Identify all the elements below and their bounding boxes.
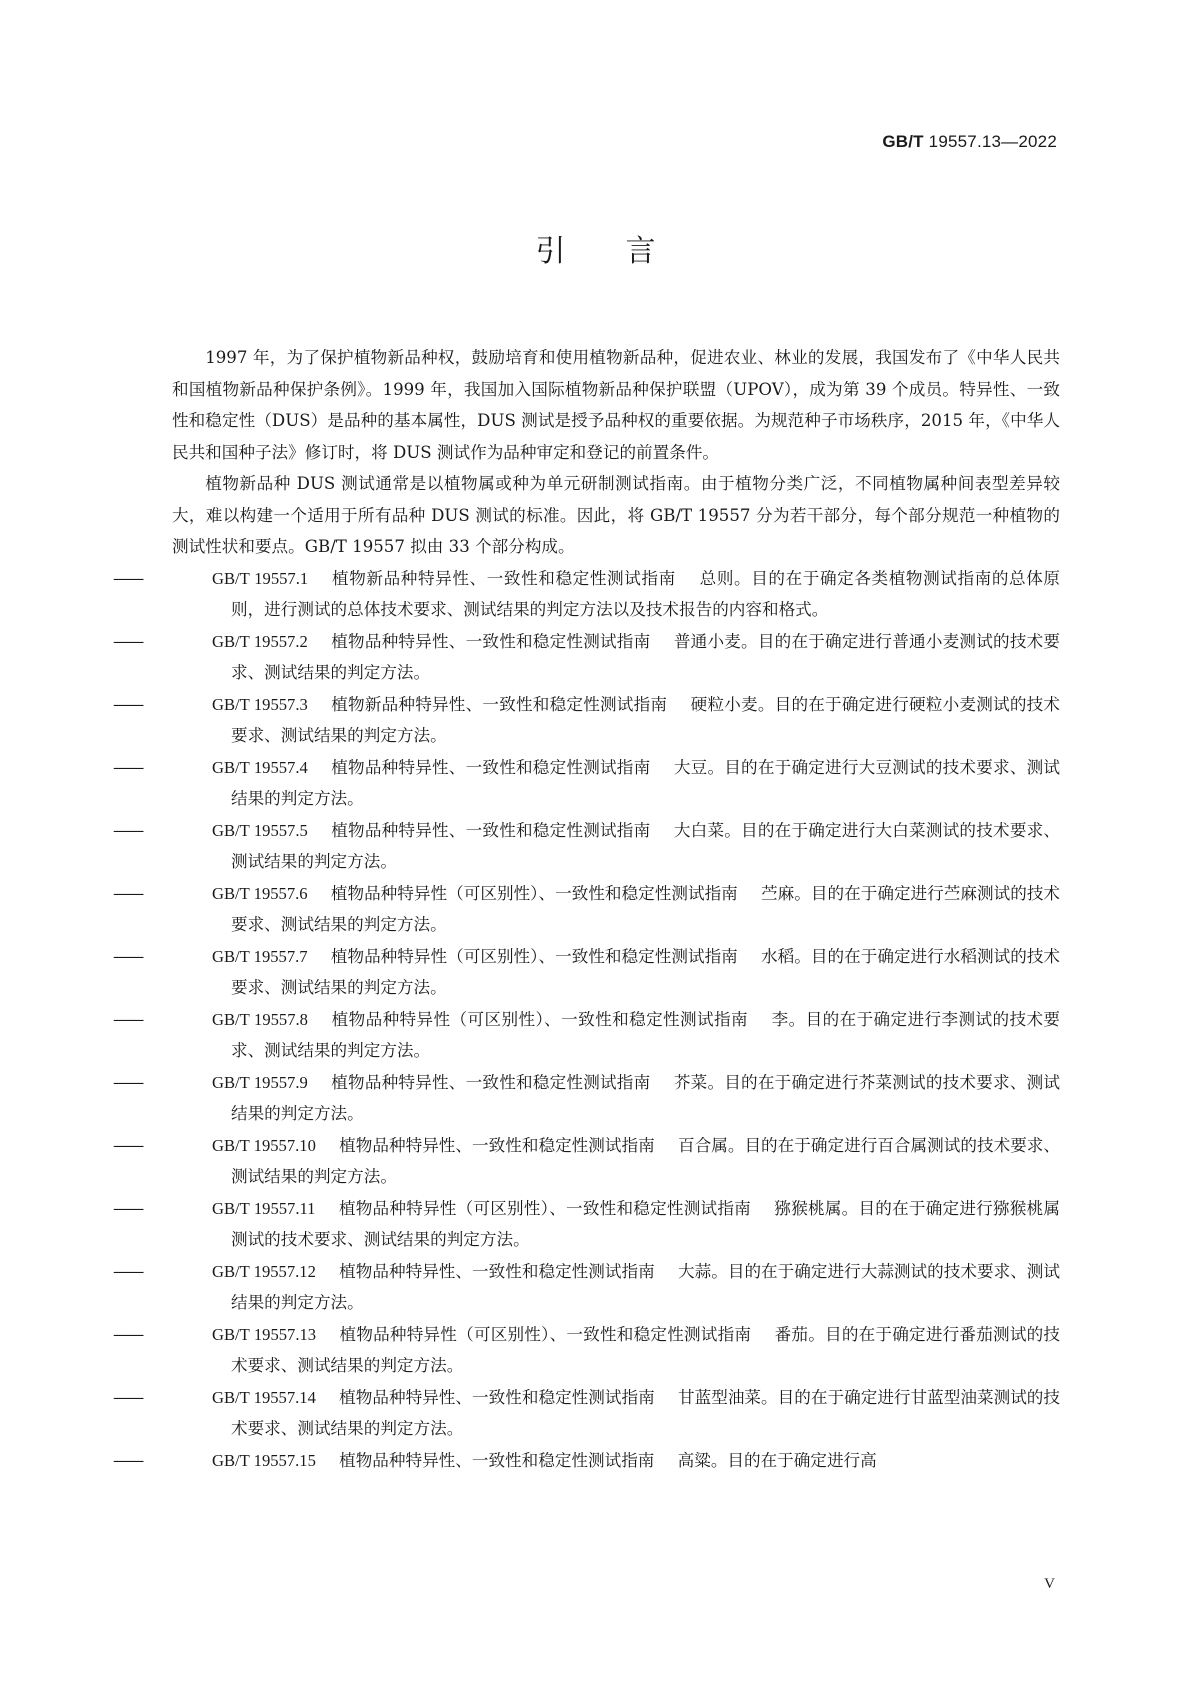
- part-crop: 百合属: [678, 1136, 728, 1155]
- dash-marker: ——: [172, 941, 212, 973]
- part-crop: 番茄: [774, 1325, 808, 1344]
- part-code: GB/T 19557.7: [212, 947, 308, 966]
- list-item: ——GB/T 19557.5植物品种特异性、一致性和稳定性测试指南大白菜。目的在…: [172, 815, 1060, 878]
- part-title: 植物新品种特异性、一致性和稳定性测试指南: [331, 695, 667, 714]
- list-item: ——GB/T 19557.6植物品种特异性（可区别性）、一致性和稳定性测试指南苎…: [172, 878, 1060, 941]
- part-code: GB/T 19557.15: [212, 1451, 316, 1470]
- part-title: 植物品种特异性、一致性和稳定性测试指南: [339, 1388, 655, 1407]
- dash-marker: ——: [172, 752, 212, 784]
- list-item: ——GB/T 19557.2植物品种特异性、一致性和稳定性测试指南普通小麦。目的…: [172, 626, 1060, 689]
- part-code: GB/T 19557.14: [212, 1388, 316, 1407]
- dash-marker: ——: [172, 815, 212, 847]
- part-code: GB/T 19557.2: [212, 632, 308, 651]
- part-code: GB/T 19557.11: [212, 1199, 315, 1218]
- dash-marker: ——: [172, 689, 212, 721]
- list-item: ——GB/T 19557.11植物品种特异性（可区别性）、一致性和稳定性测试指南…: [172, 1193, 1060, 1256]
- part-title: 植物品种特异性、一致性和稳定性测试指南: [339, 1451, 654, 1470]
- part-code: GB/T 19557.1: [212, 569, 308, 588]
- standard-number-header: GB/T 19557.13—2022: [882, 132, 1057, 152]
- dash-marker: ——: [172, 1193, 212, 1225]
- dash-marker: ——: [172, 626, 212, 658]
- dash-marker: ——: [172, 1319, 212, 1351]
- dash-marker: ——: [172, 563, 212, 595]
- list-item: ——GB/T 19557.8植物品种特异性（可区别性）、一致性和稳定性测试指南李…: [172, 1004, 1060, 1067]
- list-item: ——GB/T 19557.3植物新品种特异性、一致性和稳定性测试指南硬粒小麦。目…: [172, 689, 1060, 752]
- page-number: V: [1044, 1576, 1055, 1593]
- document-body: 1997 年，为了保护植物新品种权，鼓励培育和使用植物新品种，促进农业、林业的发…: [172, 342, 1060, 1476]
- part-code: GB/T 19557.6: [212, 884, 308, 903]
- dash-marker: ——: [172, 1256, 212, 1288]
- part-code: GB/T 19557.9: [212, 1073, 308, 1092]
- part-crop: 苎麻: [761, 884, 794, 903]
- dash-marker: ——: [172, 1445, 212, 1477]
- part-description: 。目的在于确定进行高: [711, 1451, 877, 1470]
- part-title: 植物品种特异性、一致性和稳定性测试指南: [331, 632, 650, 651]
- dash-marker: ——: [172, 1382, 212, 1414]
- part-title: 植物品种特异性（可区别性）、一致性和稳定性测试指南: [339, 1199, 751, 1218]
- part-code: GB/T 19557.13: [212, 1325, 316, 1344]
- part-code: GB/T 19557.4: [212, 758, 308, 777]
- standard-number: 19557.13—2022: [929, 132, 1057, 151]
- part-crop: 大豆: [674, 758, 708, 777]
- intro-paragraph-2: 植物新品种 DUS 测试通常是以植物属或种为单元研制测试指南。由于植物分类广泛，…: [172, 468, 1060, 563]
- list-item: ——GB/T 19557.12植物品种特异性、一致性和稳定性测试指南大蒜。目的在…: [172, 1256, 1060, 1319]
- part-title: 植物品种特异性、一致性和稳定性测试指南: [331, 758, 650, 777]
- part-title: 植物品种特异性、一致性和稳定性测试指南: [331, 821, 650, 840]
- part-code: GB/T 19557.12: [212, 1262, 316, 1281]
- standard-prefix: GB/T: [882, 132, 923, 151]
- part-title: 植物新品种特异性、一致性和稳定性测试指南: [331, 569, 675, 588]
- list-item: ——GB/T 19557.9植物品种特异性、一致性和稳定性测试指南芥菜。目的在于…: [172, 1067, 1060, 1130]
- part-crop: 高粱: [678, 1451, 711, 1470]
- part-title: 植物品种特异性（可区别性）、一致性和稳定性测试指南: [331, 884, 738, 903]
- intro-paragraph-1: 1997 年，为了保护植物新品种权，鼓励培育和使用植物新品种，促进农业、林业的发…: [172, 342, 1060, 468]
- page-title: 引言: [0, 226, 1191, 270]
- part-title: 植物品种特异性、一致性和稳定性测试指南: [331, 1073, 650, 1092]
- part-crop: 猕猴桃属: [774, 1199, 841, 1218]
- part-title: 植物品种特异性（可区别性）、一致性和稳定性测试指南: [339, 1325, 751, 1344]
- part-crop: 芥菜: [674, 1073, 708, 1092]
- dash-marker: ——: [172, 1130, 212, 1162]
- part-crop: 总则: [699, 569, 734, 588]
- part-code: GB/T 19557.5: [212, 821, 308, 840]
- part-crop: 李: [771, 1010, 788, 1029]
- list-item: ——GB/T 19557.15植物品种特异性、一致性和稳定性测试指南高粱。目的在…: [172, 1445, 1060, 1477]
- part-code: GB/T 19557.8: [212, 1010, 308, 1029]
- part-crop: 大蒜: [678, 1262, 711, 1281]
- part-crop: 普通小麦: [674, 632, 741, 651]
- part-crop: 大白菜: [674, 821, 725, 840]
- part-title: 植物品种特异性（可区别性）、一致性和稳定性测试指南: [331, 1010, 748, 1029]
- list-item: ——GB/T 19557.10植物品种特异性、一致性和稳定性测试指南百合属。目的…: [172, 1130, 1060, 1193]
- list-item: ——GB/T 19557.7植物品种特异性（可区别性）、一致性和稳定性测试指南水…: [172, 941, 1060, 1004]
- list-item: ——GB/T 19557.14植物品种特异性、一致性和稳定性测试指南甘蓝型油菜。…: [172, 1382, 1060, 1445]
- part-title: 植物品种特异性、一致性和稳定性测试指南: [339, 1136, 655, 1155]
- part-code: GB/T 19557.3: [212, 695, 308, 714]
- dash-marker: ——: [172, 1067, 212, 1099]
- part-title: 植物品种特异性（可区别性）、一致性和稳定性测试指南: [331, 947, 738, 966]
- dash-marker: ——: [172, 1004, 212, 1036]
- part-code: GB/T 19557.10: [212, 1136, 316, 1155]
- part-title: 植物品种特异性、一致性和稳定性测试指南: [339, 1262, 655, 1281]
- standard-parts-list: ——GB/T 19557.1植物新品种特异性、一致性和稳定性测试指南总则。目的在…: [172, 563, 1060, 1477]
- list-item: ——GB/T 19557.4植物品种特异性、一致性和稳定性测试指南大豆。目的在于…: [172, 752, 1060, 815]
- part-crop: 水稻: [761, 947, 794, 966]
- part-crop: 甘蓝型油菜: [678, 1388, 761, 1407]
- list-item: ——GB/T 19557.1植物新品种特异性、一致性和稳定性测试指南总则。目的在…: [172, 563, 1060, 626]
- list-item: ——GB/T 19557.13植物品种特异性（可区别性）、一致性和稳定性测试指南…: [172, 1319, 1060, 1382]
- part-crop: 硬粒小麦: [690, 695, 757, 714]
- dash-marker: ——: [172, 878, 212, 910]
